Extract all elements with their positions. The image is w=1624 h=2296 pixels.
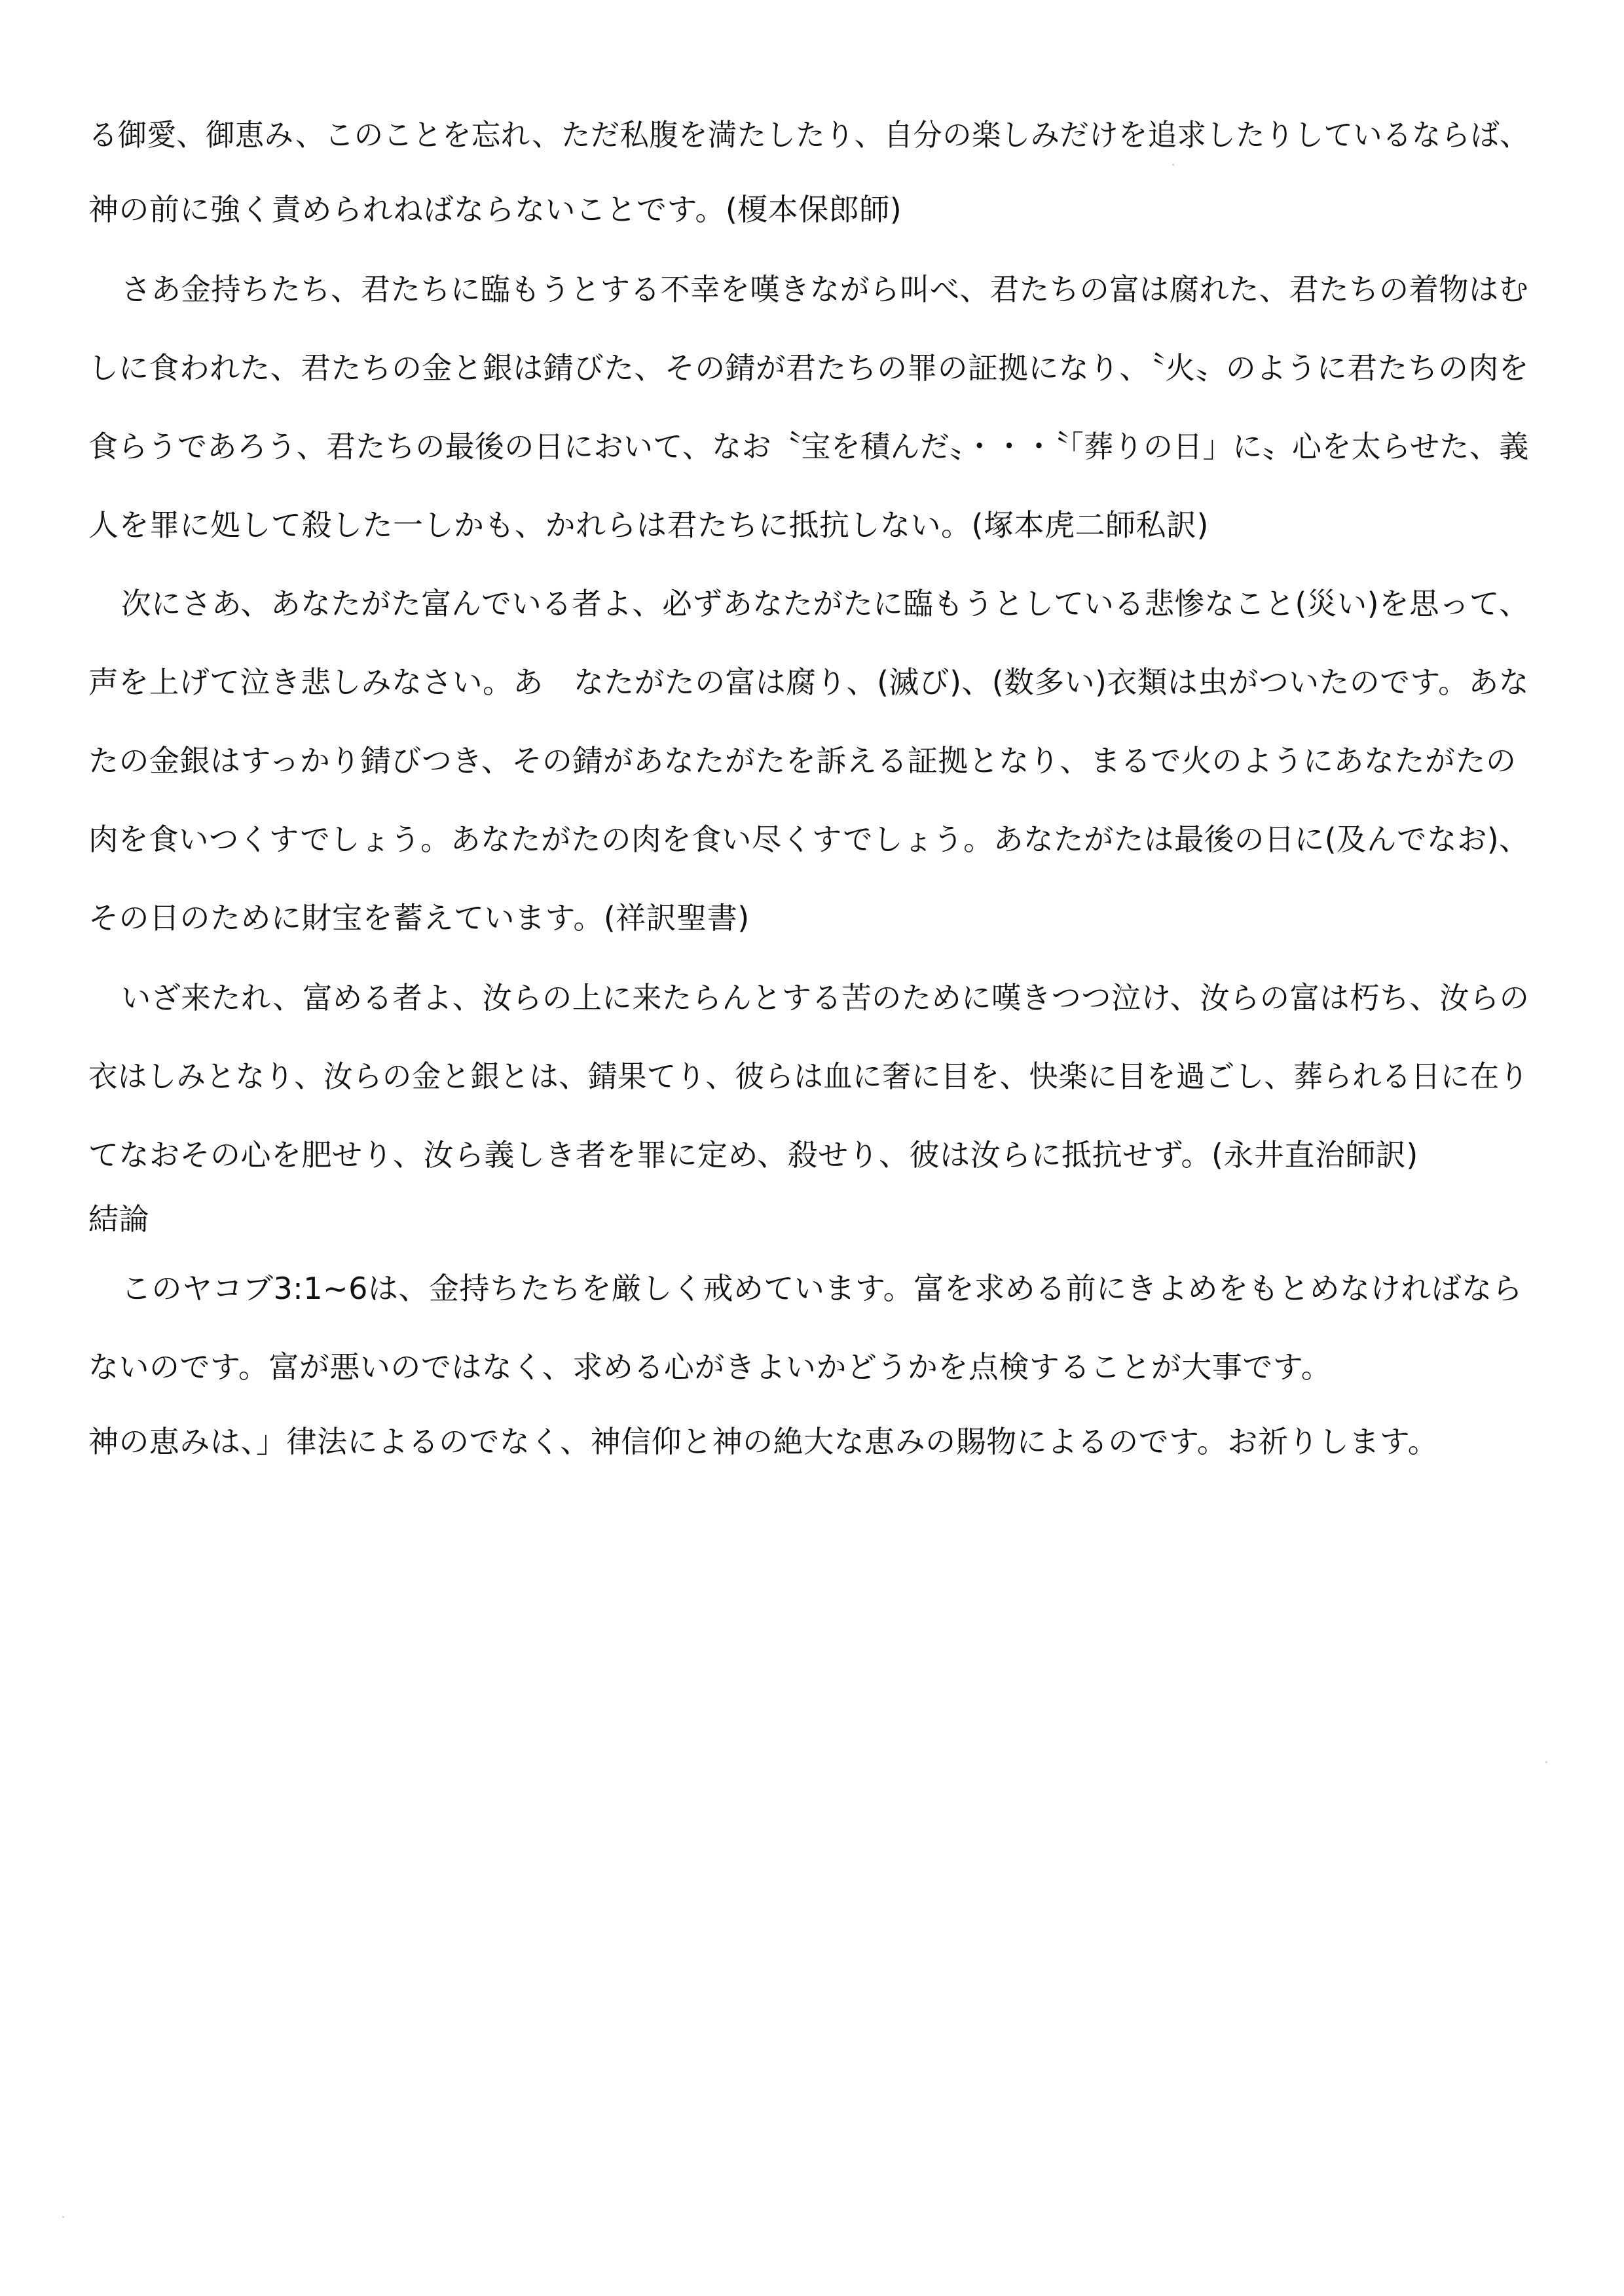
document-page: る御愛、御恵み、このことを忘れ、ただ私腹を満たしたり、自分の楽しみだけを追求した… xyxy=(0,0,1624,2296)
conclusion-line-1: このヤコブ3:1~6は、金持ちたちを厳しく戒めています。富を求める前にきよめをも… xyxy=(121,1269,1522,1308)
body-line-13: 衣はしみとなり、汝らの金と銀とは、錆果てり、彼らは血に奢に目を、快楽に目を過ごし… xyxy=(88,1057,1529,1096)
body-line-4: しに食われた、君たちの金と銀は錆びた、その錆が君たちの罪の証拠になり、〝火〟のよ… xyxy=(88,348,1529,388)
body-line-2: 神の前に強く責められねばならないことです。(榎本保郎師) xyxy=(88,190,902,229)
body-line-7: 次にさあ、あなたがた富んでいる者よ、必ずあなたがたに臨もうとしている悲惨なこと(… xyxy=(121,584,1529,623)
scan-speck xyxy=(1545,1761,1547,1763)
body-line-11: その日のために財宝を蓄えています。(祥訳聖書) xyxy=(88,898,750,938)
conclusion-line-2: ないのです。富が悪いのではなく、求める心がきよいかどうかを点検することが大事です… xyxy=(88,1347,1331,1387)
body-line-8: 声を上げて泣き悲しみなさい。あ なたがたの富は腐り、(滅び)、(数多い)衣類は虫… xyxy=(88,663,1529,702)
scan-speck xyxy=(1172,164,1174,166)
body-line-9: たの金銀はすっかり錆びつき、その錆があなたがたを訴える証拠となり、まるで火のよう… xyxy=(88,741,1516,780)
body-line-1: る御愛、御恵み、このことを忘れ、ただ私腹を満たしたり、自分の楽しみだけを追求した… xyxy=(88,115,1529,155)
section-heading-conclusion: 結論 xyxy=(88,1199,149,1239)
body-line-10: 肉を食いつくすでしょう。あなたがたの肉を食い尽くすでしょう。あなたがたは最後の日… xyxy=(88,820,1529,859)
body-line-6: 人を罪に処して殺した一しかも、かれらは君たちに抵抗しない。(塚本虎二師私訳) xyxy=(88,505,1209,545)
scan-speck xyxy=(62,2216,64,2218)
body-line-5: 食らうであろう、君たちの最後の日において、なお〝宝を積んだ〟・・・〝「葬りの日」… xyxy=(88,427,1529,466)
body-line-3: さあ金持ちたち、君たちに臨もうとする不幸を嘆きながら叫べ、君たちの富は腐れた、君… xyxy=(121,270,1529,309)
conclusion-line-3: 神の恵みは、」律法によるのでなく、神信仰と神の絶大な恵みの賜物によるのです。お祈… xyxy=(88,1422,1438,1461)
body-line-12: いざ来たれ、富める者よ、汝らの上に来たらんとする苦のために嘆きつつ泣け、汝らの富… xyxy=(121,978,1529,1017)
body-line-14: てなおその心を肥せり、汝ら義しき者を罪に定め、殺せり、彼は汝らに抵抗せず。(永井… xyxy=(88,1135,1418,1175)
